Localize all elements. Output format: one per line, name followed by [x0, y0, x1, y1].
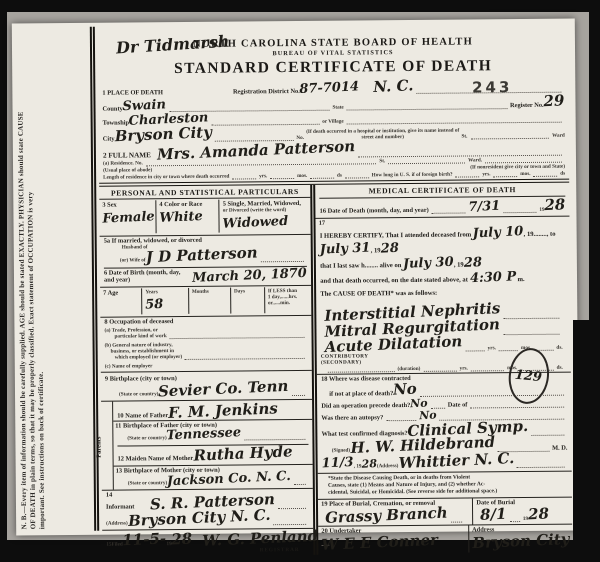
dod-label: 16 Date of Death (month, day, and year) — [320, 207, 429, 215]
sex-label: 3 Sex — [102, 201, 152, 208]
lastsaw-year: 28 — [463, 256, 482, 270]
filed-label: Filed — [111, 542, 122, 548]
medical-column-title: MEDICAL CERTIFICATE OF DEATH — [315, 183, 569, 197]
mos-label: mos. — [297, 173, 307, 179]
parents-side-label: Parents — [101, 402, 114, 490]
age-years-value: 58 — [145, 298, 164, 312]
state-label: State — [332, 105, 343, 111]
occupation-label: 8 Occupation of deceased — [100, 317, 311, 326]
occupation-a-label2: particular kind of work — [104, 333, 166, 340]
village-label: or Village — [322, 119, 343, 125]
howlong-us-label: How long in U. S. if of foreign birth? — [372, 172, 453, 179]
filed-value: 11-5- — [122, 531, 166, 548]
certify-text: I HEREBY CERTIFY, That I attended deceas… — [320, 231, 471, 239]
mother-bp-value: Jackson Co. N. C. — [167, 470, 292, 488]
signed-label: (Signed) — [322, 448, 351, 454]
disease-contracted-row: 18 Where was disease contracted if not a… — [317, 372, 572, 473]
margin-instructions: N. B.—Every item of information should b… — [16, 59, 47, 529]
mos-label: mos. — [520, 171, 530, 177]
informant-row: 14 Informant S. R. Patterson (Address) B… — [102, 488, 314, 530]
register-value: 29 — [543, 93, 565, 109]
yrs-label: yrs. — [259, 173, 267, 179]
county-value: Swain — [122, 98, 166, 113]
mother-value: Rutha Hyde — [193, 444, 293, 463]
ds-label: ds. — [556, 345, 562, 351]
district-value: 87-7014 — [300, 80, 360, 96]
lastsaw-label: that I last saw h........ alive on — [320, 262, 401, 270]
county-label: County — [102, 106, 122, 113]
burial-date-value: 8/1 — [480, 507, 507, 523]
certificate-paper: N. B.—Every item of information should b… — [12, 19, 579, 536]
undertaker-value: W E E Conner — [321, 533, 438, 553]
sign-address-label: (Address) — [377, 463, 399, 469]
city-label: City — [103, 136, 115, 143]
personal-column: PERSONAL AND STATISTICAL PARTICULARS 3 S… — [99, 185, 318, 557]
spouse-row: 5a If married, widowed, or divorced Husb… — [100, 234, 311, 267]
undertaker-address-value: Bryson City — [472, 532, 570, 551]
father-birthplace-row: 11 Birthplace of Father (city or town) (… — [113, 419, 312, 445]
age-less-label: or......min. — [268, 300, 309, 306]
ds-label: ds — [560, 171, 565, 177]
burial-row: 19 Place of Burial, Cremation, or remova… — [318, 497, 572, 526]
birthplace-value: Sevier Co. Tenn — [158, 379, 289, 400]
city-value: Bryson City — [114, 125, 212, 144]
q18-label2: if not at place of death? — [321, 390, 393, 398]
form-header: Dr Tidmarsh NORTH CAROLINA STATE BOARD O… — [98, 36, 568, 79]
certify-19b: , 19 — [371, 247, 381, 254]
attended-to-year: 28 — [380, 242, 399, 256]
death-at-m: m. — [517, 276, 524, 283]
abode-note: (Usual place of abode) — [103, 167, 152, 173]
footnote-line: cidental, Suicidal, or Homicidal. (See r… — [328, 488, 566, 497]
father-bp-value: Tennessee — [167, 426, 242, 442]
death-at-label: and that death occurred, on the date sta… — [320, 276, 468, 284]
occupation-c-label: (c) Name of employer — [101, 362, 312, 370]
duration-label: (duration) — [398, 366, 421, 372]
lastsaw-19: , 19 — [454, 262, 464, 269]
attended-to-value: July 31 — [320, 241, 371, 256]
ds-label: ds — [337, 173, 342, 179]
residence-label: (a) Residence. No. — [103, 160, 143, 166]
father-label: 10 Name of Father — [117, 412, 168, 419]
marital-label2: or Divorced (write the word) — [223, 207, 308, 214]
cause-of-death-label: The CAUSE OF DEATH* was as follows: — [320, 290, 437, 298]
mother-birthplace-row: 13 Birthplace of Mother (city or town) (… — [114, 464, 313, 490]
full-name-label: 2 FULL NAME — [103, 151, 151, 159]
spouse-wife-label: (or) Wife of — [104, 257, 146, 263]
township-label: Township — [103, 119, 129, 126]
sign-19: , 19 — [354, 463, 362, 469]
death-time-value: 4:30 P — [469, 270, 516, 285]
ward-label: Ward — [552, 133, 565, 139]
autopsy-value: No — [419, 409, 437, 421]
dob-label: 6 Date of Birth (month, day, and year) — [104, 269, 192, 284]
footnote-row: *State the Disease Causing Death, or in … — [318, 471, 572, 499]
marital-value: Widowed — [223, 215, 289, 231]
stamped-number: 243 — [472, 78, 512, 96]
attended-from-value: July 10 — [473, 225, 524, 240]
burial-place-value: Grassy Branch — [325, 506, 448, 526]
birthplace-sub-label: (State or country) — [105, 391, 158, 397]
district-label: Registration District No. — [233, 88, 300, 96]
sex-color-marital-row: 3 Sex Female 4 Color or Race White 5 Sin… — [99, 197, 311, 236]
certify-row: 17 I HEREBY CERTIFY, That I attended dec… — [316, 216, 571, 304]
burial-date-year: 28 — [528, 506, 550, 522]
age-months-label: Months — [192, 289, 227, 295]
occupation-b-label3: which employed (or employer) — [105, 354, 183, 361]
dod-year: 28 — [544, 197, 566, 213]
color-race-value: White — [159, 210, 203, 225]
informant-address-value: Bryson City N. C. — [127, 508, 270, 529]
yrs-label: yrs. — [482, 171, 490, 177]
st-label: St. — [461, 133, 467, 139]
parents-group: Parents 10 Name of Father F. M. Jenkins … — [101, 399, 313, 490]
md-label: M. D. — [552, 445, 568, 452]
filed-year: 28 — [171, 532, 193, 548]
undertaker-row: 20 Undertaker W E E Conner Address Bryso… — [318, 524, 572, 554]
occupation-row: 8 Occupation of deceased (a) Trade, Prof… — [100, 315, 312, 372]
certificate-form: Dr Tidmarsh NORTH CAROLINA STATE BOARD O… — [90, 23, 572, 531]
informant-label: Informant — [106, 503, 134, 510]
parents-label: Parents — [95, 437, 102, 458]
date-of-death-row: 16 Date of Death (month, day, and year) … — [319, 196, 565, 217]
age-days-label: Days — [234, 288, 261, 294]
spouse-value: J D Patterson — [145, 245, 257, 265]
certify-19a: , 19........, to — [524, 231, 556, 238]
sex-value: Female — [102, 210, 155, 225]
st2-label: St. — [379, 158, 385, 164]
medical-column: MEDICAL CERTIFICATE OF DEATH 16 Date of … — [315, 183, 572, 555]
operation-date-label: Date of — [448, 402, 468, 409]
father-value: F. M. Jenkins — [168, 401, 278, 421]
sign-date-value: 11/3 — [322, 456, 354, 470]
q18-value: No — [393, 382, 417, 398]
district-state-value: N. C. — [373, 78, 414, 95]
mother-bp-sub: (State or country) — [118, 480, 167, 486]
sign-address-value: Whittier N. C. — [398, 451, 514, 471]
father-bp-sub: (State or country) — [117, 435, 166, 441]
age-label: 7 Age — [103, 289, 138, 296]
scanned-death-certificate: N. B.—Every item of information should b… — [0, 0, 600, 562]
cause-of-death-block: Interstitial Nephritis Mitral Regurgitat… — [316, 302, 570, 373]
operation-label: Did an operation precede death? — [321, 402, 410, 410]
operation-value: No — [410, 398, 428, 410]
scan-background: N. B.—Every item of information should b… — [7, 12, 589, 540]
ward2-label: Ward. — [468, 157, 482, 163]
dod-value: 7/31 — [468, 200, 500, 214]
lastsaw-value: July 30 — [403, 256, 454, 271]
dob-row: 6 Date of Birth (month, day, and year) M… — [104, 266, 307, 286]
registrar-signature: W. G. Penland — [202, 529, 318, 549]
autopsy-label: Was there an autopsy? — [321, 414, 383, 422]
filed-row: 15 Filed 11-5- 19 28 W. G. Penland REGIS… — [102, 528, 313, 557]
color-race-label: 4 Color or Race — [159, 201, 215, 208]
age-row: 7 Age Years 58 Months Days — [100, 285, 311, 317]
dob-value: March 20, 1870 — [192, 267, 307, 285]
birthplace-row: 9 Birthplace (city or town) (State or co… — [101, 370, 312, 401]
yrs-label: yrs. — [488, 345, 496, 351]
nonresident-note: (If nonresident give city or town and St… — [470, 164, 565, 171]
certificate-title: STANDARD CERTIFICATE OF DEATH — [98, 57, 568, 79]
place-of-death-label: 1 PLACE OF DEATH — [102, 89, 163, 97]
sign-year: 28 — [361, 458, 377, 470]
register-label: Register No. — [510, 102, 544, 109]
length-residence-label: Length of residence in city or town wher… — [103, 174, 229, 181]
father-name-row: 10 Name of Father F. M. Jenkins — [117, 401, 308, 420]
mother-name-row: 12 Maiden Name of Mother Rutha Hyde — [117, 444, 308, 465]
informant-address-label: (Address) — [106, 520, 128, 526]
ds-label: ds. — [557, 365, 563, 371]
yrs-label: yrs. — [460, 365, 468, 371]
mother-label: 12 Maiden Name of Mother — [118, 455, 194, 463]
age-years-label: Years — [145, 289, 185, 295]
